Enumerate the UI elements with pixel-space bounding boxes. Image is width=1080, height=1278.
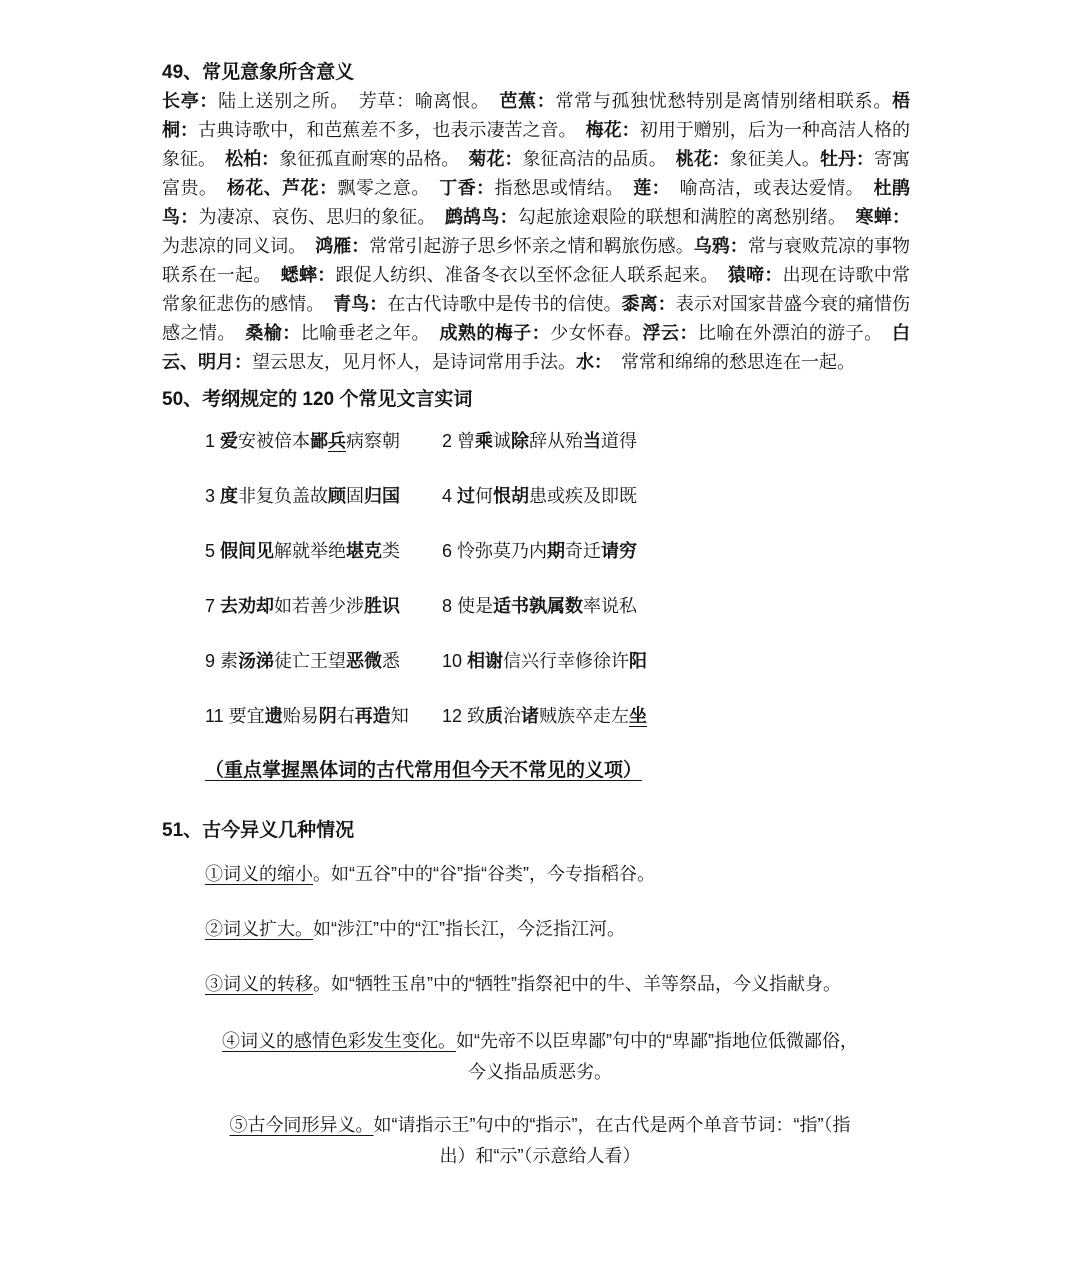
text-segment: 遗 xyxy=(265,706,283,726)
text-segment: 贼族卒走左 xyxy=(539,706,629,726)
text-segment: 鄙 xyxy=(310,431,328,451)
content-words-row: 7 去劝却如若善少涉胜识 8 使是适书孰属数率说私 xyxy=(205,593,920,619)
word-group-7: 7 去劝却如若善少涉胜识 xyxy=(205,593,442,619)
word-group-8: 8 使是适书孰属数率说私 xyxy=(442,593,920,619)
text-segment: 跟促人纺织、准备冬衣以至怀念征人联系起来。 xyxy=(335,265,727,285)
word-group-2: 2 曾乘诚除辞从殆当道得 xyxy=(442,428,920,454)
content-words-row: 11 要宜遗贻易阴右再造知 12 致质治诸贼族卒走左坐 xyxy=(205,703,920,729)
text-segment: ④词义的感情色彩发生变化。 xyxy=(222,1031,456,1051)
text-segment: 患或疾及即既 xyxy=(529,486,637,506)
text-segment: 蟋蟀： xyxy=(281,265,336,285)
text-segment: 出）和“示”（示意给人看） xyxy=(440,1146,641,1166)
meaning-shift-list: ①词义的缩小。如“五谷”中的“谷”指“谷类”，今专指稻谷。 ②词义扩大。如“涉江… xyxy=(162,861,920,1172)
content-words-row: 1 爱安被倍本鄙兵病察朝 2 曾乘诚除辞从殆当道得 xyxy=(205,428,920,454)
text-segment: 去劝却 xyxy=(220,596,274,616)
text-segment: 杨花、芦花： xyxy=(227,178,338,198)
list-item-5-line-2: 出）和“示”（示意给人看） xyxy=(162,1141,918,1172)
word-group-11: 11 要宜遗贻易阴右再造知 xyxy=(205,703,442,729)
text-segment: 恨胡 xyxy=(493,486,529,506)
text-segment: 。如“五谷”中的“谷”指“谷类”，今专指稻谷。 xyxy=(313,864,655,884)
emphasis-note: （重点掌握黑体词的古代常用但今天不常见的义项） xyxy=(205,758,920,784)
text-segment: 比喻在外漂泊的游子。 xyxy=(698,323,892,343)
text-segment: 芳草：喻离恨。 xyxy=(359,91,500,111)
text-segment: 浮云： xyxy=(643,323,698,343)
content-words-row: 3 度非复负盖故顾固归国 4 过何恨胡患或疾及即既 xyxy=(205,483,920,509)
word-group-3: 3 度非复负盖故顾固归国 xyxy=(205,483,442,509)
text-segment: 病察朝 xyxy=(346,431,400,451)
text-segment: 除 xyxy=(511,431,529,451)
word-group-10: 10 相谢信兴行幸修徐许阳 xyxy=(442,648,920,674)
text-segment: 为凄凉、哀伤、思归的象征。 xyxy=(199,207,445,227)
text-segment: 4 xyxy=(442,486,457,506)
text-segment: 信兴行幸修徐许 xyxy=(503,651,629,671)
text-segment: 贻易 xyxy=(283,706,319,726)
text-segment: 菊花： xyxy=(468,149,522,169)
text-segment: 请穷 xyxy=(601,541,637,561)
text-segment: ①词义的缩小 xyxy=(205,864,313,884)
list-item-4-line-2: 今义指品质恶劣。 xyxy=(162,1057,918,1088)
text-segment: 比喻垂老之年。 xyxy=(301,323,440,343)
text-segment: 飘零之意。 xyxy=(338,178,440,198)
text-segment: 兵 xyxy=(328,431,346,451)
text-segment: 芭蕉： xyxy=(499,91,555,111)
text-segment: 乌鸦： xyxy=(694,236,748,256)
text-segment: 在古代诗歌中是传书的信使。 xyxy=(387,294,621,314)
content-words-row: 9 素汤涕徒亡王望恶微悉 10 相谢信兴行幸修徐许阳 xyxy=(205,648,920,674)
text-segment: 徒亡王望 xyxy=(274,651,346,671)
word-group-1: 1 爱安被倍本鄙兵病察朝 xyxy=(205,428,442,454)
text-segment: 阴 xyxy=(319,706,337,726)
text-segment: 3 xyxy=(205,486,220,506)
text-segment: 阳 xyxy=(629,651,647,671)
text-segment: 坐 xyxy=(629,706,647,726)
text-segment: 恶微 xyxy=(346,651,382,671)
text-segment: 期 xyxy=(547,541,565,561)
text-segment: 梅花： xyxy=(586,120,640,140)
text-segment: 8 使是 xyxy=(442,596,493,616)
text-segment: 爱 xyxy=(220,431,238,451)
content-words-list: 1 爱安被倍本鄙兵病察朝 2 曾乘诚除辞从殆当道得 3 度非复负盖故顾固归国 4… xyxy=(205,428,920,729)
text-segment: 胜识 xyxy=(364,596,400,616)
list-item-1: ①词义的缩小。如“五谷”中的“谷”指“谷类”，今专指稻谷。 xyxy=(205,861,920,887)
text-segment: 。如“牺牲玉帛”中的“牺牲”指祭祀中的牛、羊等祭品，今义指献身。 xyxy=(313,974,841,994)
text-segment: 如若善少涉 xyxy=(274,596,364,616)
text-segment: 寒蝉： xyxy=(856,207,911,227)
text-segment: 象征高洁的品质。 xyxy=(523,149,676,169)
text-segment: 少女怀春。 xyxy=(550,323,642,343)
text-segment: 堪克 xyxy=(346,541,382,561)
text-segment: 青鸟： xyxy=(333,294,387,314)
text-segment: ⑤古今同形异义。 xyxy=(230,1115,374,1135)
text-segment: 桃花： xyxy=(676,149,730,169)
text-segment: 非复负盖故 xyxy=(238,486,328,506)
text-segment: 乘 xyxy=(475,431,493,451)
text-segment: 鹧鸪鸟： xyxy=(445,207,518,227)
text-segment: 勾起旅途艰险的联想和满腔的离愁别绪。 xyxy=(518,207,856,227)
text-segment: 11 要宜 xyxy=(205,706,265,726)
text-segment: 顾 xyxy=(328,486,346,506)
text-segment: 右 xyxy=(337,706,355,726)
text-segment: 诚 xyxy=(493,431,511,451)
text-segment: 如“请指示王”句中的“指示”，在古代是两个单音节词：“指”（指 xyxy=(374,1115,851,1135)
text-segment: 象征孤直耐寒的品格。 xyxy=(279,149,468,169)
text-segment: 黍离： xyxy=(622,294,676,314)
text-segment: 度 xyxy=(220,486,238,506)
list-item-4: ④词义的感情色彩发生变化。如“先帝不以臣卑鄙”句中的“卑鄙”指地位低微鄙俗， 今… xyxy=(162,1026,918,1088)
text-segment: 为悲凉的同义词。 xyxy=(162,236,315,256)
text-segment: 解就举绝 xyxy=(274,541,346,561)
text-segment: 丁香： xyxy=(439,178,494,198)
list-item-2: ②词义扩大。如“涉江”中的“江”指长江，今泛指江河。 xyxy=(205,916,920,942)
text-segment: 过 xyxy=(457,486,475,506)
text-segment: ③词义的转移 xyxy=(205,974,313,994)
document-page: 49、常见意象所含意义 长亭：陆上送别之所。 芳草：喻离恨。 芭蕉：常常与孤独忧… xyxy=(0,0,1080,1278)
text-segment: 今义指品质恶劣。 xyxy=(468,1062,612,1082)
text-segment: 1 xyxy=(205,431,220,451)
text-segment: 12 致 xyxy=(442,706,485,726)
imagery-meanings-paragraph: 长亭：陆上送别之所。 芳草：喻离恨。 芭蕉：常常与孤独忧愁特别是离情别绪相联系。… xyxy=(162,87,910,377)
text-segment: 适书孰属数 xyxy=(493,596,583,616)
text-segment: 松柏： xyxy=(225,149,279,169)
word-group-12: 12 致质治诸贼族卒走左坐 xyxy=(442,703,920,729)
text-segment: 6 怜弥莫乃内 xyxy=(442,541,547,561)
text-segment: 悉 xyxy=(382,651,400,671)
text-segment: 常常和绵绵的愁思连在一起。 xyxy=(603,352,855,372)
text-segment: 长亭： xyxy=(162,91,218,111)
text-segment: 何 xyxy=(475,486,493,506)
text-segment: 陆上送别之所。 xyxy=(218,91,359,111)
text-segment: 如“涉江”中的“江”指长江，今泛指江河。 xyxy=(313,919,625,939)
text-segment: 古典诗歌中，和芭蕉差不多，也表示凄苦之音。 xyxy=(198,120,586,140)
text-segment: 9 素 xyxy=(205,651,238,671)
text-segment: 归国 xyxy=(364,486,400,506)
text-segment: 莲： xyxy=(633,178,661,198)
text-segment: 安被倍本 xyxy=(238,431,310,451)
text-segment: 常常与孤独忧愁特别是离情别绪相联系。 xyxy=(555,91,892,111)
text-segment: 质 xyxy=(485,706,503,726)
text-segment: 2 曾 xyxy=(442,431,475,451)
list-item-5-line-1: ⑤古今同形异义。如“请指示王”句中的“指示”，在古代是两个单音节词：“指”（指 xyxy=(162,1110,918,1141)
text-segment: 率说私 xyxy=(583,596,637,616)
text-segment: 再造 xyxy=(355,706,391,726)
text-segment: 10 xyxy=(442,651,467,671)
section-50-heading: 50、考纲规定的 120 个常见文言实词 xyxy=(162,385,920,414)
text-segment: 象征美人。 xyxy=(730,149,820,169)
text-segment: 望云思友，见月怀人，是诗词常用手法。 xyxy=(252,352,576,372)
text-segment: 桑榆： xyxy=(245,323,300,343)
text-segment: 知 xyxy=(391,706,409,726)
text-segment: ②词义扩大。 xyxy=(205,919,313,939)
list-item-3: ③词义的转移。如“牺牲玉帛”中的“牺牲”指祭祀中的牛、羊等祭品，今义指献身。 xyxy=(205,971,920,997)
text-segment: 指愁思或情结。 xyxy=(495,178,634,198)
word-group-6: 6 怜弥莫乃内期奇迁请穷 xyxy=(442,538,920,564)
text-segment: 奇迁 xyxy=(565,541,601,561)
list-item-5: ⑤古今同形异义。如“请指示王”句中的“指示”，在古代是两个单音节词：“指”（指 … xyxy=(162,1110,918,1172)
text-segment: 鸿雁： xyxy=(315,236,369,256)
word-group-5: 5 假间见解就举绝堪克类 xyxy=(205,538,442,564)
text-segment: 5 xyxy=(205,541,220,561)
text-segment: 诸 xyxy=(521,706,539,726)
text-segment: 辞从殆 xyxy=(529,431,583,451)
text-segment: 假间见 xyxy=(220,541,274,561)
list-item-4-line-1: ④词义的感情色彩发生变化。如“先帝不以臣卑鄙”句中的“卑鄙”指地位低微鄙俗， xyxy=(162,1026,918,1057)
text-segment: 汤涕 xyxy=(238,651,274,671)
text-segment: 常常引起游子思乡怀亲之情和羁旅伤感。 xyxy=(369,236,693,256)
text-segment: 相谢 xyxy=(467,651,503,671)
text-segment: 当 xyxy=(583,431,601,451)
section-51-heading: 51、古今异义几种情况 xyxy=(162,816,920,845)
text-segment: 喻高洁，或表达爱情。 xyxy=(661,178,873,198)
text-segment: 7 xyxy=(205,596,220,616)
text-segment: 成熟的梅子： xyxy=(439,323,550,343)
text-segment: 治 xyxy=(503,706,521,726)
text-segment: 水： xyxy=(576,352,603,372)
text-segment: 类 xyxy=(382,541,400,561)
text-segment: 如“先帝不以臣卑鄙”句中的“卑鄙”指地位低微鄙俗， xyxy=(456,1031,858,1051)
text-segment: 道得 xyxy=(601,431,637,451)
word-group-9: 9 素汤涕徒亡王望恶微悉 xyxy=(205,648,442,674)
content-words-row: 5 假间见解就举绝堪克类 6 怜弥莫乃内期奇迁请穷 xyxy=(205,538,920,564)
word-group-4: 4 过何恨胡患或疾及即既 xyxy=(442,483,920,509)
text-segment: 猿啼： xyxy=(728,265,783,285)
section-49-heading: 49、常见意象所含意义 xyxy=(162,58,920,87)
text-segment: 牡丹： xyxy=(820,149,874,169)
text-segment: 固 xyxy=(346,486,364,506)
